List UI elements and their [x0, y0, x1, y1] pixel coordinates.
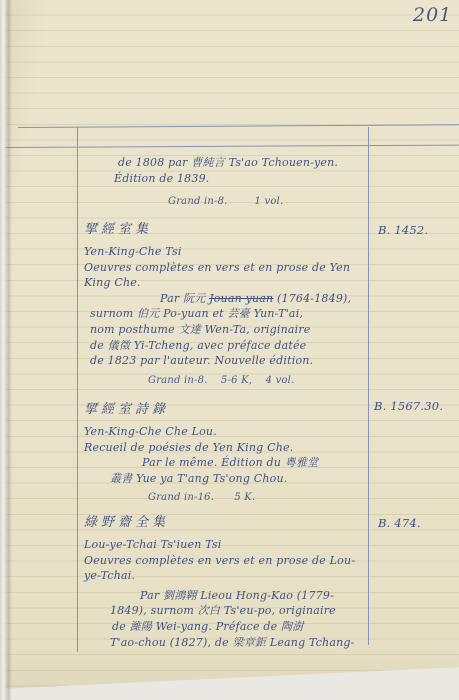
ledger-horizontal-rule-header: [0, 145, 459, 148]
author-struck-text: Jouan yuan: [209, 292, 273, 305]
entry-continuation: de 1808 par 曹純言 Ts'ao Tchouen-yen. Éditi…: [84, 155, 370, 210]
entry-author-line: Par 劉鴻翱 Lieou Hong-Kao (1779-: [140, 588, 370, 604]
entry-line: Oeuvres complètes en vers et en prose de…: [84, 553, 370, 569]
ledger-vertical-rule-left: [77, 127, 78, 652]
entry-line: ye-Tchai.: [84, 568, 370, 584]
entry-yen-king-che-tsi: 揅經室集 Yen-King-Che Tsi Oeuvres complètes …: [84, 221, 370, 388]
entry-author-line: Par 阮元 Jouan yuan (1764-1849),: [160, 291, 370, 307]
entry-line: surnom 伯元 Po-yuan et 芸臺 Yun-T'ai,: [90, 306, 370, 322]
entry-romanized-title: Yen-King-Che Che Lou.: [84, 424, 370, 440]
entry-line: de 儀徵 Yi-Tcheng, avec préface datée: [90, 338, 370, 354]
entry-romanized-title: Yen-King-Che Tsi: [84, 244, 370, 260]
entry-format-line: Grand in-8. 1 vol.: [168, 194, 370, 210]
entry-yen-king-che-che-lou: 揅經室詩錄 Yen-King-Che Che Lou. Recueil de p…: [84, 401, 370, 506]
entry-line: Édition de 1839.: [114, 171, 370, 187]
call-number: B. 474.: [378, 516, 421, 530]
entry-line: de 濰陽 Wei-yang. Préface de 陶澍: [112, 619, 370, 635]
entry-line: nom posthume 文達 Wen-Ta, originaire: [90, 322, 370, 338]
entry-line: de 1808 par 曹純言 Ts'ao Tchouen-yen.: [118, 155, 370, 171]
manuscript-page: 201 de 1808 par 曹純言 Ts'ao Tchouen-yen. É…: [0, 0, 459, 700]
ledger-horizontal-rule-top: [18, 124, 459, 128]
entry-title-chinese: 揅經室詩錄: [84, 401, 370, 419]
author-prefix: Par 阮元: [160, 292, 209, 305]
page-number: 201: [413, 4, 452, 26]
call-number: B. 1567.30.: [374, 399, 443, 413]
entry-line: Recueil de poésies de Yen King Che.: [84, 440, 370, 456]
entry-line: 叢書 Yue ya T'ang Ts'ong Chou.: [110, 471, 370, 487]
entry-line: 1849), surnom 次白 Ts'eu-po, originaire: [110, 603, 370, 619]
entry-line: de 1823 par l'auteur. Nouvelle édition.: [90, 353, 370, 369]
entry-title-chinese: 揅經室集: [84, 221, 370, 239]
entry-format-line: Grand in-8. 5-6 K, 4 vol.: [148, 373, 370, 389]
entry-title-chinese: 綠野齋全集: [84, 514, 370, 532]
entry-line: King Che.: [84, 275, 370, 291]
author-suffix: (1764-1849),: [273, 292, 351, 305]
entry-lou-ye-tchai-tsiuen-tsi: 綠野齋全集 Lou-ye-Tchai Ts'iuen Tsi Oeuvres c…: [84, 514, 370, 650]
entry-format-line: Grand in-16. 5 K.: [148, 490, 370, 506]
entry-line: Par le même. Édition du 粵雅堂: [142, 455, 370, 471]
entry-romanized-title: Lou-ye-Tchai Ts'iuen Tsi: [84, 537, 370, 553]
photo-background: 201 de 1808 par 曹純言 Ts'ao Tchouen-yen. É…: [0, 0, 459, 700]
entry-line: Oeuvres complètes en vers et en prose de…: [84, 260, 370, 276]
entry-line: T'ao-chou (1827), de 梁章鉅 Leang Tchang-: [110, 635, 370, 651]
call-number: B. 1452.: [378, 223, 428, 237]
